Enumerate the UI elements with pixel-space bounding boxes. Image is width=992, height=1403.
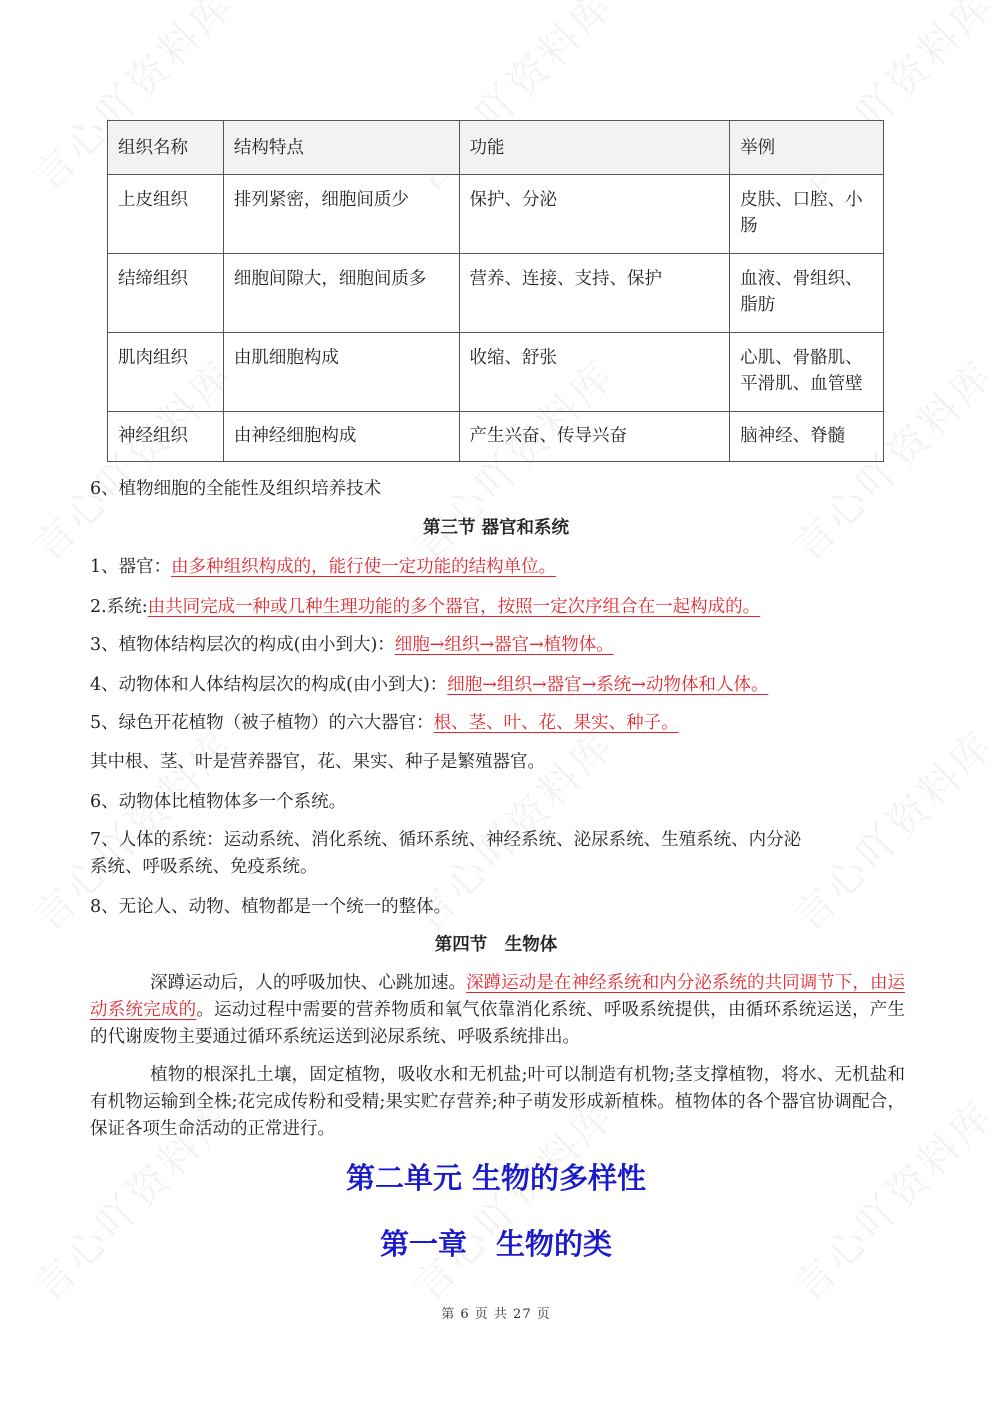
table-row: 肌肉组织 由肌细胞构成 收缩、舒张 心肌、骨骼肌、平滑肌、血管壁 <box>108 333 884 412</box>
item-label: 4、动物体和人体结构层次的构成(由小到大)： <box>90 675 447 695</box>
table-cell: 保护、分泌 <box>459 175 730 254</box>
table-cell: 营养、连接、支持、保护 <box>459 254 730 333</box>
list-item: 4、动物体和人体结构层次的构成(由小到大)：细胞→组织→器官→系统→动物体和人体… <box>90 672 768 698</box>
item-label: 3、植物体结构层次的构成(由小到大)： <box>90 635 395 655</box>
paragraph-text: 植物的根深扎土壤，固定植物，吸收水和无机盐;叶可以制造有机物;茎支撑植物，将水、… <box>90 1065 905 1139</box>
list-item: 2.系统:由共同完成一种或几种生理功能的多个器官，按照一定次序组合在一起构成的。 <box>90 594 760 620</box>
answer-text: 细胞→组织→器官→植物体。 <box>395 635 614 655</box>
list-item: 7、人体的系统：运动系统、消化系统、循环系统、神经系统、泌尿系统、生殖系统、内分… <box>90 827 801 853</box>
table-cell: 排列紧密，细胞间质少 <box>223 175 459 254</box>
paragraph-text: 。运动过程中需要的营养物质和氧气依靠消化系统、呼吸系统提供，由循环系统运送，产生… <box>90 1000 905 1047</box>
section-heading: 第三节 器官和系统 <box>0 515 992 541</box>
answer-text: 根、茎、叶、花、果实、种子。 <box>434 713 679 733</box>
section-heading: 第四节 生物体 <box>0 932 992 958</box>
paragraph-text: 深蹲运动后，人的呼吸加快、心跳加速。 <box>150 973 466 993</box>
table-cell: 收缩、舒张 <box>459 333 730 412</box>
list-item-continuation: 系统、呼吸系统、免疫系统。 <box>90 854 318 880</box>
paragraph: 深蹲运动后，人的呼吸加快、心跳加速。深蹲运动是在神经系统和内分泌系统的共同调节下… <box>90 970 905 1051</box>
chapter-title: 第一章 生物的类 <box>0 1224 992 1264</box>
unit-title: 第二单元 生物的多样性 <box>0 1158 992 1198</box>
item-label: 1、器官： <box>90 557 171 577</box>
table-row: 神经组织 由神经细胞构成 产生兴奋、传导兴奋 脑神经、脊髓 <box>108 412 884 462</box>
table-cell: 由肌细胞构成 <box>223 333 459 412</box>
table-cell: 产生兴奋、传导兴奋 <box>459 412 730 462</box>
column-header: 功能 <box>459 121 730 175</box>
page-footer: 第 6 页 共 27 页 <box>0 1303 992 1322</box>
table-header-row: 组织名称 结构特点 功能 举例 <box>108 121 884 175</box>
list-item: 6、植物细胞的全能性及组织培养技术 <box>90 476 381 502</box>
table-cell: 心肌、骨骼肌、平滑肌、血管壁 <box>730 333 884 412</box>
table-row: 结缔组织 细胞间隙大，细胞间质多 营养、连接、支持、保护 血液、骨组织、脂肪 <box>108 254 884 333</box>
column-header: 组织名称 <box>108 121 224 175</box>
list-item: 5、绿色开花植物（被子植物）的六大器官：根、茎、叶、花、果实、种子。 <box>90 710 679 736</box>
table-cell: 脑神经、脊髓 <box>730 412 884 462</box>
table-cell: 皮肤、口腔、小肠 <box>730 175 884 254</box>
column-header: 结构特点 <box>223 121 459 175</box>
table-row: 上皮组织 排列紧密，细胞间质少 保护、分泌 皮肤、口腔、小肠 <box>108 175 884 254</box>
list-item: 6、动物体比植物体多一个系统。 <box>90 789 346 815</box>
item-label: 5、绿色开花植物（被子植物）的六大器官： <box>90 713 434 733</box>
answer-text: 细胞→组织→器官→系统→动物体和人体。 <box>447 675 768 695</box>
table-cell: 上皮组织 <box>108 175 224 254</box>
column-header: 举例 <box>730 121 884 175</box>
table-cell: 由神经细胞构成 <box>223 412 459 462</box>
answer-text: 由多种组织构成的，能行使一定功能的结构单位。 <box>171 557 556 577</box>
item-label: 2.系统: <box>90 597 148 617</box>
list-item: 1、器官：由多种组织构成的，能行使一定功能的结构单位。 <box>90 554 556 580</box>
watermark: 言心吖资料库 <box>779 715 992 942</box>
paragraph: 植物的根深扎土壤，固定植物，吸收水和无机盐;叶可以制造有机物;茎支撑植物，将水、… <box>90 1062 905 1143</box>
table-cell: 血液、骨组织、脂肪 <box>730 254 884 333</box>
list-item: 3、植物体结构层次的构成(由小到大)：细胞→组织→器官→植物体。 <box>90 632 614 658</box>
note-text: 其中根、茎、叶是营养器官，花、果实、种子是繁殖器官。 <box>90 749 545 775</box>
list-item: 8、无论人、动物、植物都是一个统一的整体。 <box>90 894 451 920</box>
tissue-table: 组织名称 结构特点 功能 举例 上皮组织 排列紧密，细胞间质少 保护、分泌 皮肤… <box>107 120 884 462</box>
table-cell: 肌肉组织 <box>108 333 224 412</box>
table-cell: 神经组织 <box>108 412 224 462</box>
answer-text: 由共同完成一种或几种生理功能的多个器官，按照一定次序组合在一起构成的。 <box>148 597 761 617</box>
table-cell: 结缔组织 <box>108 254 224 333</box>
table-cell: 细胞间隙大，细胞间质多 <box>223 254 459 333</box>
